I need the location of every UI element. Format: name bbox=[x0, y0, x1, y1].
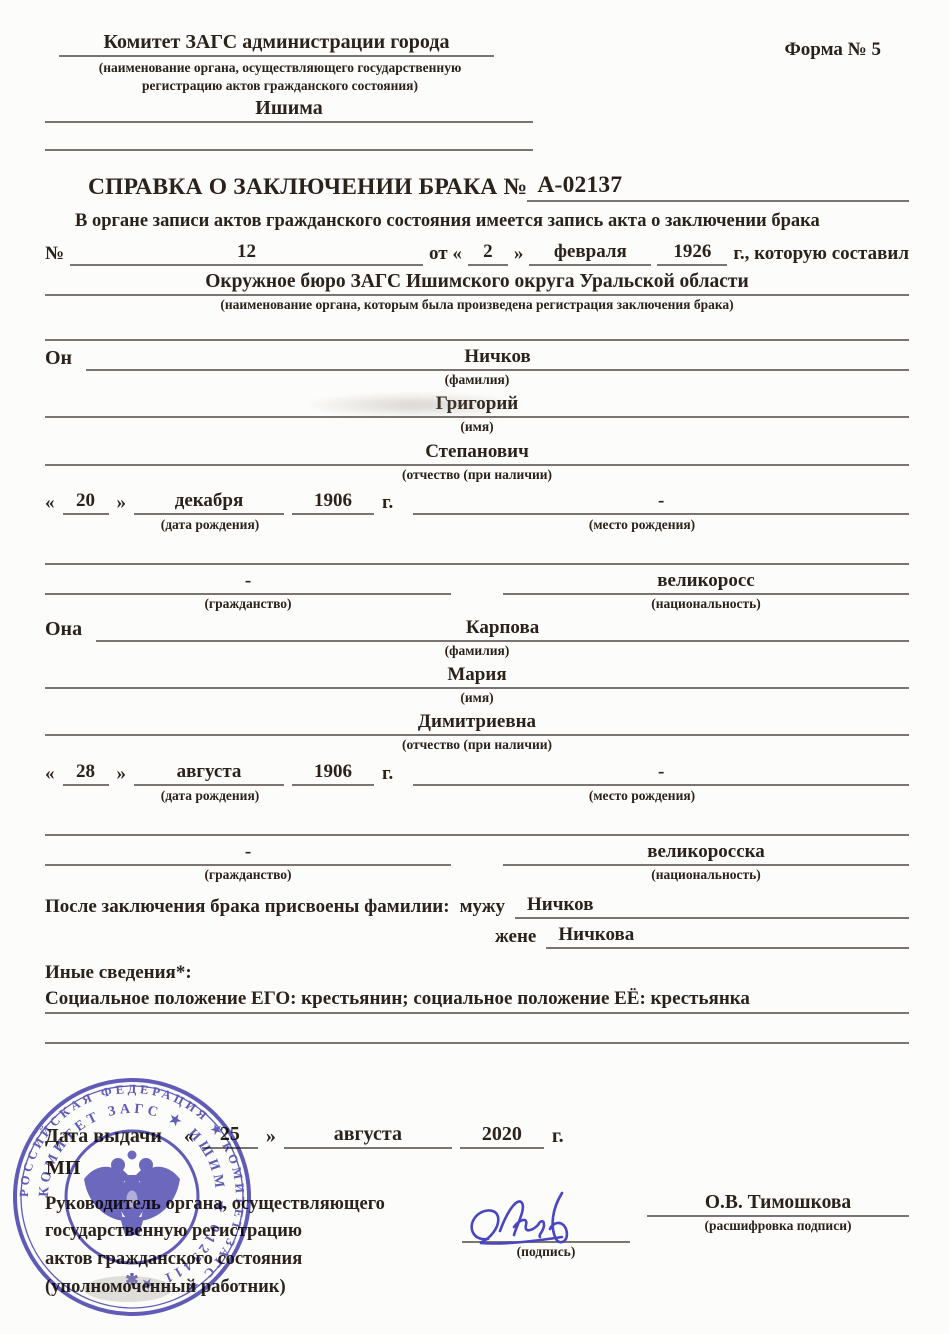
wife-birth-row: « 28 » августа 1906 г. - bbox=[45, 760, 909, 786]
wife-birth-date-caption: (дата рождения) bbox=[45, 788, 375, 804]
other-info-label: Иные сведения*: bbox=[45, 961, 909, 985]
wife-patronymic-caption: (отчество (при наличии) bbox=[45, 737, 909, 753]
record-quote-close: » bbox=[514, 242, 524, 266]
husband-citizenship-row: - великоросс bbox=[45, 569, 909, 595]
record-year-field: 1926 bbox=[657, 240, 727, 266]
wife-name-field: Мария bbox=[45, 663, 909, 689]
quote-close: » bbox=[117, 491, 127, 515]
document-header: Комитет ЗАГС администрации города (наиме… bbox=[45, 30, 909, 151]
official-round-stamp: РОССИЙСКАЯ ФЕДЕРАЦИЯ ★ КОМИТЕТ ЗАГС ★ КО… bbox=[0, 1062, 278, 1332]
blank-line bbox=[45, 313, 909, 341]
issuing-org-name: Комитет ЗАГС администрации города bbox=[59, 30, 494, 57]
issuing-org-block: Комитет ЗАГС администрации города (наиме… bbox=[45, 30, 545, 151]
wife-nationality-field: великоросска bbox=[503, 840, 909, 866]
intro-sentence: В органе записи актов гражданского состо… bbox=[45, 210, 909, 233]
record-number-row: № 12 от « 2 » февраля 1926 г., которую с… bbox=[45, 240, 909, 266]
husband-birth-month-field: декабря bbox=[134, 489, 284, 515]
wife-surname-row: Она Карпова bbox=[45, 616, 909, 642]
signatory-name-block: О.В. Тимошкова (расшифровка подписи) bbox=[647, 1191, 909, 1298]
wife-birth-month-field: августа bbox=[134, 760, 284, 786]
stamp-ink-smudge bbox=[84, 1276, 172, 1302]
document-title: СПРАВКА О ЗАКЛЮЧЕНИИ БРАКА № bbox=[88, 173, 527, 202]
husband-nationality-caption: (национальность) bbox=[503, 596, 909, 612]
record-month-field: февраля bbox=[529, 240, 651, 266]
husband-birth-date-caption: (дата рождения) bbox=[45, 517, 375, 533]
husband-birth-place-caption: (место рождения) bbox=[375, 517, 909, 533]
quote-open: « bbox=[45, 491, 55, 515]
other-info-field: Социальное положение ЕГО: крестьянин; со… bbox=[45, 987, 909, 1014]
issue-month-field: августа bbox=[284, 1122, 452, 1149]
husband-name-caption: (имя) bbox=[45, 419, 909, 435]
record-from-label: от « bbox=[429, 242, 462, 266]
quote-close: » bbox=[117, 762, 127, 786]
signatory-name-caption: (расшифровка подписи) bbox=[647, 1218, 909, 1234]
signature-line bbox=[462, 1191, 630, 1243]
signature-block: (подпись) bbox=[462, 1191, 630, 1298]
year-suffix: г. bbox=[552, 1124, 564, 1149]
wife-birth-captions: (дата рождения) (место рождения) bbox=[45, 787, 909, 804]
blank-line bbox=[45, 804, 909, 836]
record-tail-label: г., которую составил bbox=[733, 242, 909, 266]
wife-surname-caption: (фамилия) bbox=[45, 643, 909, 659]
document-title-row: СПРАВКА О ЗАКЛЮЧЕНИИ БРАКА № А-02137 bbox=[45, 171, 909, 202]
husband-birth-place-field: - bbox=[413, 489, 909, 515]
after-marriage-husband-label: мужу bbox=[460, 895, 505, 919]
husband-surname-field: Ничков bbox=[86, 345, 909, 371]
after-marriage-wife-row: жене Ничкова bbox=[495, 923, 909, 949]
wife-citizenship-captions: (гражданство) (национальность) bbox=[45, 866, 909, 883]
wife-nationality-caption: (национальность) bbox=[503, 867, 909, 883]
certificate-number: А-02137 bbox=[527, 171, 909, 202]
after-marriage-wife-label: жене bbox=[495, 925, 536, 949]
record-no-label: № bbox=[45, 242, 64, 266]
handwritten-signature bbox=[466, 1183, 616, 1249]
after-marriage-label: После заключения брака присвоены фамилии… bbox=[45, 895, 450, 919]
double-headed-eagle-icon bbox=[84, 1151, 180, 1236]
wife-birth-day-field: 28 bbox=[63, 760, 109, 786]
seal-place-label: МП bbox=[46, 1156, 80, 1181]
signatory-name: О.В. Тимошкова bbox=[647, 1191, 909, 1217]
husband-nationality-field: великоросс bbox=[503, 569, 909, 595]
husband-birth-year-field: 1906 bbox=[292, 489, 374, 515]
issuing-org-caption: (наименование органа, осуществляющего го… bbox=[45, 59, 515, 94]
issuing-org-city: Ишима bbox=[45, 96, 533, 123]
husband-patronymic-field: Степанович bbox=[45, 440, 909, 466]
husband-citizenship-field: - bbox=[45, 569, 451, 595]
after-marriage-wife-surname-field: Ничкова bbox=[546, 923, 909, 949]
after-marriage-husband-row: После заключения брака присвоены фамилии… bbox=[45, 893, 909, 919]
issuing-org-caption-line1: (наименование органа, осуществляющего го… bbox=[99, 60, 462, 75]
husband-name-field: Григорий bbox=[45, 392, 909, 418]
registering-org-caption: (наименование органа, которым была произ… bbox=[45, 297, 909, 313]
wife-citizenship-field: - bbox=[45, 840, 451, 866]
record-day-field: 2 bbox=[468, 240, 508, 266]
record-number-field: 12 bbox=[70, 240, 423, 266]
husband-patronymic-caption: (отчество (при наличии) bbox=[45, 467, 909, 483]
wife-patronymic-field: Димитриевна bbox=[45, 710, 909, 736]
issue-year-field: 2020 bbox=[460, 1122, 544, 1149]
husband-surname-caption: (фамилия) bbox=[45, 372, 909, 388]
issuing-org-caption-line2: регистрацию актов гражданского состояния… bbox=[142, 78, 418, 93]
husband-surname-row: Он Ничков bbox=[45, 345, 909, 371]
wife-name-caption: (имя) bbox=[45, 690, 909, 706]
husband-label: Он bbox=[45, 346, 72, 371]
wife-birth-year-field: 1906 bbox=[292, 760, 374, 786]
wife-surname-field: Карпова bbox=[96, 616, 909, 642]
form-number-label: Форма № 5 bbox=[784, 38, 881, 62]
after-marriage-husband-surname-field: Ничков bbox=[515, 893, 909, 919]
husband-birth-row: « 20 » декабря 1906 г. - bbox=[45, 489, 909, 515]
wife-birth-place-field: - bbox=[413, 760, 909, 786]
header-blank-line bbox=[45, 123, 533, 151]
registering-org-field: Окружное бюро ЗАГС Ишимского округа Урал… bbox=[45, 270, 909, 296]
wife-citizenship-caption: (гражданство) bbox=[45, 867, 451, 883]
blank-line bbox=[45, 1014, 909, 1044]
husband-citizenship-caption: (гражданство) bbox=[45, 596, 451, 612]
husband-birth-day-field: 20 bbox=[63, 489, 109, 515]
husband-citizenship-captions: (гражданство) (национальность) bbox=[45, 595, 909, 612]
wife-citizenship-row: - великоросска bbox=[45, 840, 909, 866]
year-suffix: г. bbox=[382, 491, 393, 515]
blank-line bbox=[45, 533, 909, 565]
husband-birth-captions: (дата рождения) (место рождения) bbox=[45, 516, 909, 533]
wife-birth-place-caption: (место рождения) bbox=[375, 788, 909, 804]
marriage-certificate-document: Комитет ЗАГС администрации города (наиме… bbox=[0, 0, 949, 1334]
year-suffix: г. bbox=[382, 762, 393, 786]
quote-open: « bbox=[45, 762, 55, 786]
wife-label: Она bbox=[45, 617, 82, 642]
